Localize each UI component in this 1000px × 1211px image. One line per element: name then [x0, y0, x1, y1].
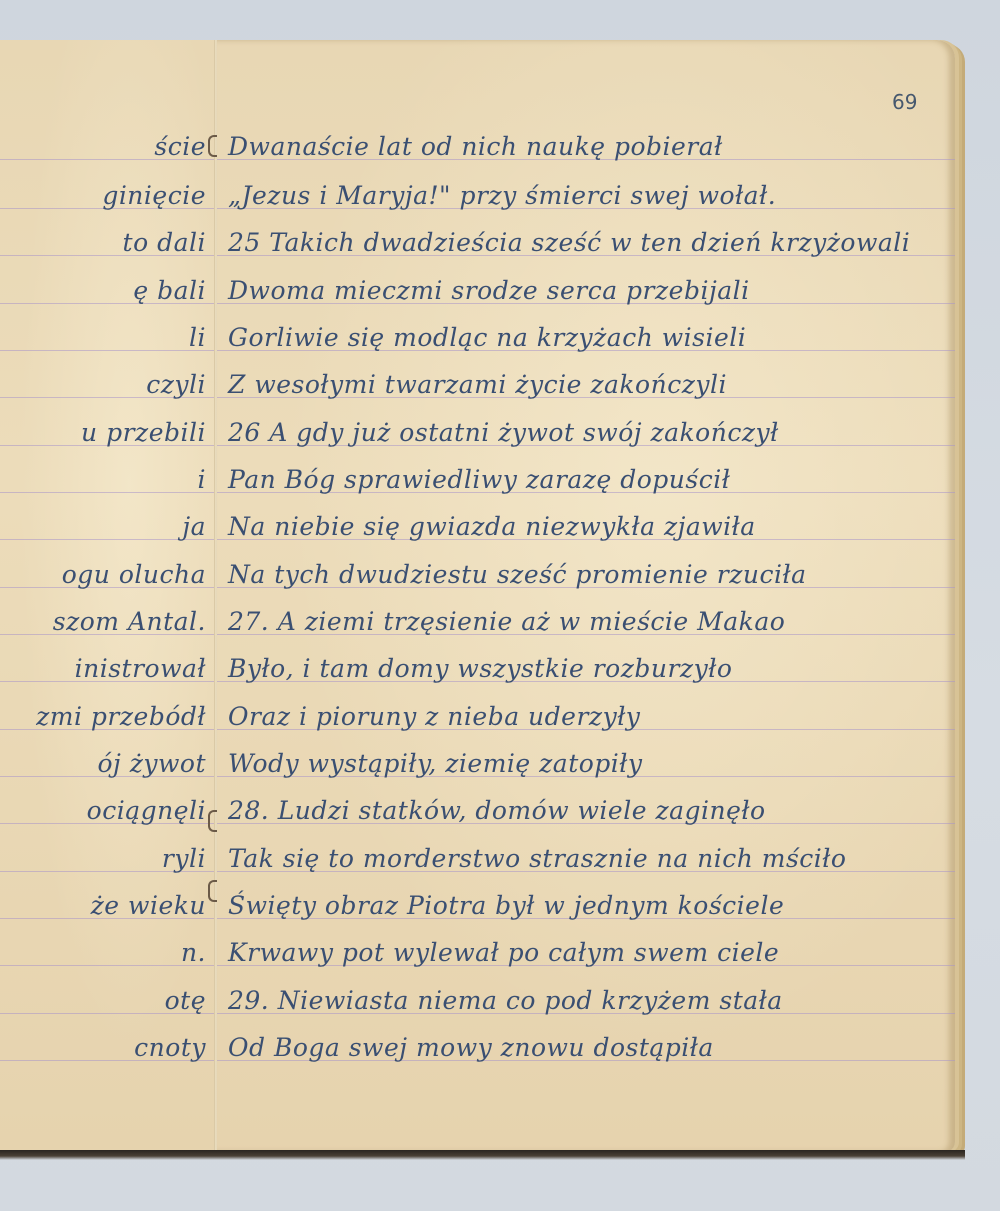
right-text-line: 25 Takich dwadzieścia sześć w ten dzień … — [228, 228, 910, 257]
left-text-line: cnoty — [134, 1033, 206, 1062]
left-text-line: i — [198, 465, 207, 494]
right-text-line: Oraz i pioruny z nieba uderzyły — [228, 702, 640, 731]
left-text-line: ogu olucha — [62, 560, 206, 589]
right-text-line: Dwoma mieczmi srodze serca przebijali — [228, 276, 750, 305]
left-text-line: ja — [182, 512, 206, 541]
left-text-line: u przebili — [81, 418, 206, 447]
right-text-line: Tak się to morderstwo strasznie na nich … — [228, 844, 846, 873]
rule-line — [0, 492, 216, 493]
right-text-line: Święty obraz Piotra był w jednym kościel… — [228, 891, 784, 920]
right-text-line: 26 A gdy już ostatni żywot swój zakończy… — [228, 418, 779, 447]
left-text-line: ryli — [162, 844, 206, 873]
right-text-line: „Jezus i Maryja!" przy śmierci swej woła… — [228, 181, 776, 210]
rule-line — [0, 350, 216, 351]
right-text-line: 27. A ziemi trzęsienie aż w mieście Maka… — [228, 607, 785, 636]
left-text-line: otę — [165, 986, 206, 1015]
left-text-line: ociągnęli — [87, 796, 206, 825]
right-text-line: Było, i tam domy wszystkie rozburzyło — [228, 654, 732, 683]
right-text-line: Na tych dwudziestu sześć promienie rzuci… — [228, 560, 806, 589]
left-text-line: ście — [154, 132, 206, 161]
right-text-line: Dwanaście lat od nich naukę pobierał — [228, 132, 723, 161]
left-text-line: że wieku — [91, 891, 206, 920]
left-text-line: li — [189, 323, 206, 352]
right-text-line: 28. Ludzi statków, domów wiele zaginęło — [228, 796, 766, 825]
right-text-line: 29. Niewiasta niema co pod krzyżem stała — [228, 986, 783, 1015]
right-text-line: Na niebie się gwiazda niezwykła zjawiła — [228, 512, 756, 541]
left-text-line: szom Antal. — [53, 607, 206, 636]
right-text-line: Krwawy pot wylewał po całym swem ciele — [228, 938, 779, 967]
left-text-line: ginięcie — [102, 181, 206, 210]
left-text-line: to dali — [123, 228, 206, 257]
left-text-line: inistrował — [75, 654, 206, 683]
notebook-edge-shadow — [0, 1150, 965, 1160]
right-text-line: Gorliwie się modląc na krzyżach wisieli — [228, 323, 746, 352]
left-text-line: ój żywot — [97, 749, 206, 778]
left-text-line: czyli — [146, 370, 206, 399]
left-text-line: zmi przebódł — [36, 702, 206, 731]
right-text-line: Wody wystąpiły, ziemię zatopiły — [228, 749, 643, 778]
notebook: ście ginięcie to dali ę bali li czyli u … — [0, 40, 965, 1157]
right-text-line: Z wesołymi twarzami życie zakończyli — [228, 370, 727, 399]
page-number: 69 — [892, 90, 917, 114]
right-text-line: Pan Bóg sprawiedliwy zarazę dopuścił — [228, 465, 730, 494]
left-page: ście ginięcie to dali ę bali li czyli u … — [0, 40, 217, 1152]
left-text-line: n. — [181, 938, 206, 967]
right-text-line: Od Boga swej mowy znowu dostąpiła — [228, 1033, 714, 1062]
left-text-line: ę bali — [133, 276, 206, 305]
